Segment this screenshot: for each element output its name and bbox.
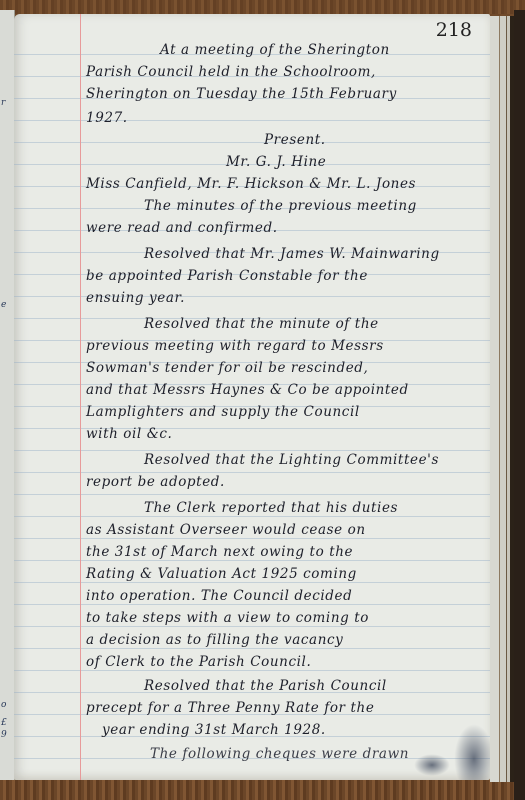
minute-line: to take steps with a view to coming to <box>86 610 369 626</box>
ruled-line <box>14 626 490 627</box>
minute-line: Lamplighters and supply the Council <box>86 404 360 420</box>
minute-line: year ending 31st March 1928. <box>102 722 326 738</box>
ruled-line <box>14 538 490 539</box>
minute-line: The following cheques were drawn <box>150 746 409 762</box>
book-cover-edge <box>514 10 525 800</box>
minute-line: the 31st of March next owing to the <box>86 544 353 560</box>
minute-line: precept for a Three Penny Rate for the <box>86 700 374 716</box>
minute-line: 1927. <box>86 110 128 126</box>
minute-line: Resolved that the Lighting Committee's <box>144 452 439 468</box>
ruled-line <box>14 560 490 561</box>
minute-line: Resolved that the Parish Council <box>144 678 387 694</box>
left-page-fragment: r <box>1 98 5 108</box>
minute-line: Sherington on Tuesday the 15th February <box>86 86 397 102</box>
minute-line: be appointed Parish Constable for the <box>86 268 368 284</box>
wooden-table-bottom <box>0 778 525 800</box>
minute-line: Present. <box>264 132 326 148</box>
ruled-line <box>14 648 490 649</box>
left-page-fragment: £ <box>1 718 7 728</box>
minute-line: a decision as to filling the vacancy <box>86 632 343 648</box>
page-number: 218 <box>436 19 472 41</box>
minute-line: and that Messrs Haynes & Co be appointed <box>86 382 409 398</box>
minute-line: Mr. G. J. Hine <box>226 154 326 170</box>
minute-line: Sowman's tender for oil be rescinded, <box>86 360 368 376</box>
minute-line: Resolved that Mr. James W. Mainwaring <box>144 246 440 262</box>
left-page-edge: r e o £ 9 <box>0 10 15 780</box>
ink-stain <box>454 724 490 780</box>
minute-line: The Clerk reported that his duties <box>144 500 398 516</box>
minute-line: Rating & Valuation Act 1925 coming <box>86 566 357 582</box>
page-stack-edges <box>490 16 514 782</box>
minute-line: report be adopted. <box>86 474 225 490</box>
ruled-line <box>14 582 490 583</box>
ruled-line <box>14 494 490 495</box>
margin-rule <box>80 14 81 780</box>
ruled-line <box>14 516 490 517</box>
left-page-fragment: 9 <box>1 730 7 740</box>
minute-book-page: 218 At a meeting of the Sherington Paris… <box>14 14 490 780</box>
left-page-fragment: e <box>1 300 6 310</box>
ruled-line <box>14 670 490 671</box>
ruled-line <box>14 472 490 473</box>
minute-line: of Clerk to the Parish Council. <box>86 654 311 670</box>
ruled-line <box>14 450 490 451</box>
ink-stain <box>414 754 450 776</box>
left-page-fragment: o <box>1 700 6 710</box>
minute-line: as Assistant Overseer would cease on <box>86 522 366 538</box>
minute-line: At a meeting of the Sherington <box>160 42 390 58</box>
minute-line: The minutes of the previous meeting <box>144 198 417 214</box>
ruled-line <box>14 604 490 605</box>
wooden-table-top <box>0 0 525 14</box>
minute-line: into operation. The Council decided <box>86 588 352 604</box>
minute-line: were read and confirmed. <box>86 220 278 236</box>
minute-line: Parish Council held in the Schoolroom, <box>86 64 376 80</box>
ruled-line <box>14 142 490 143</box>
minute-line: Miss Canfield, Mr. F. Hickson & Mr. L. J… <box>86 176 416 192</box>
minute-line: ensuing year. <box>86 290 185 306</box>
minute-line: with oil &c. <box>86 426 172 442</box>
minute-line: Resolved that the minute of the <box>144 316 379 332</box>
minute-line: previous meeting with regard to Messrs <box>86 338 384 354</box>
